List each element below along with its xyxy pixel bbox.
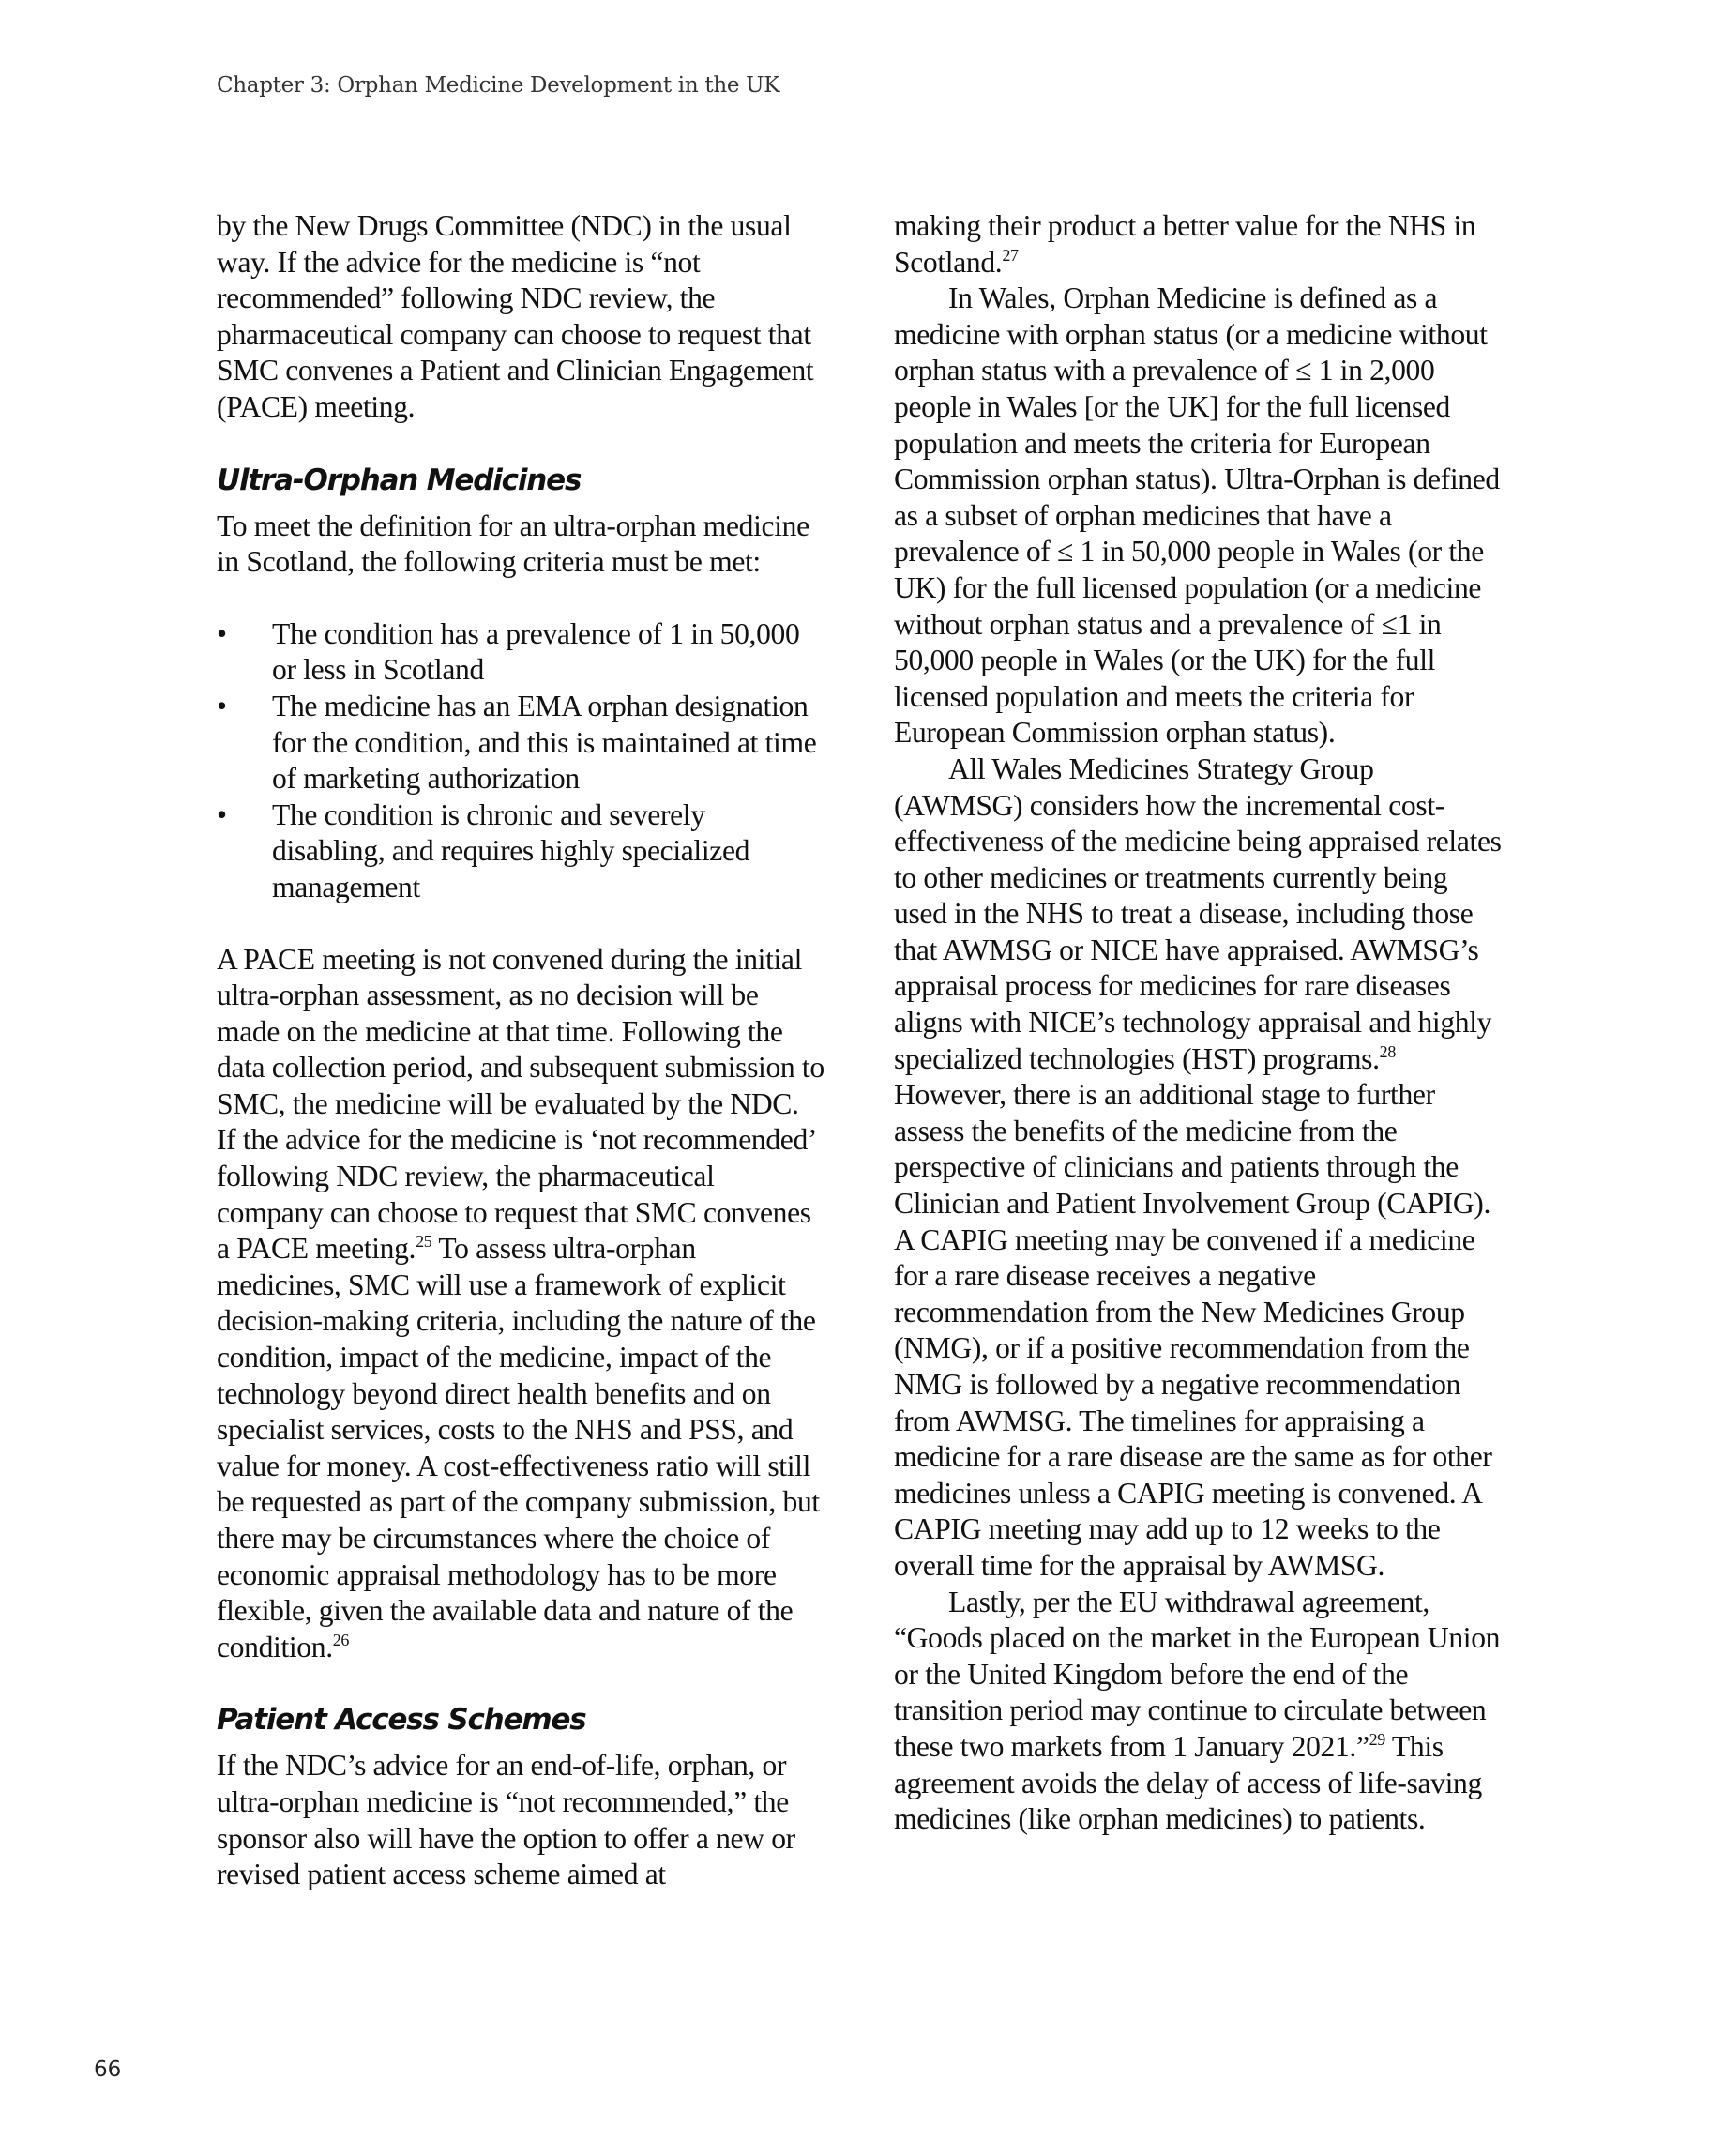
- eu-withdrawal-paragraph: Lastly, per the EU withdrawal agreement,…: [894, 1585, 1502, 1838]
- list-item: • The medicine has an EMA orphan designa…: [217, 689, 824, 797]
- wales-definition-paragraph: In Wales, Orphan Medicine is defined as …: [894, 281, 1502, 752]
- pace-paragraph: A PACE meeting is not convened during th…: [217, 942, 824, 1666]
- bullet-icon: •: [217, 689, 227, 725]
- pace-text-2: To assess ultra-orphan medicines, SMC wi…: [217, 1232, 820, 1663]
- footnote-ref-26[interactable]: 26: [333, 1631, 349, 1649]
- awmsg-paragraph: All Wales Medicines Strategy Group (AWMS…: [894, 752, 1502, 1585]
- list-item: • The condition is chronic and severely …: [217, 797, 824, 906]
- page-number: 66: [94, 2057, 121, 2082]
- patient-access-paragraph: If the NDC’s advice for an end-of-life, …: [217, 1748, 824, 1892]
- footnote-ref-29[interactable]: 29: [1369, 1730, 1385, 1749]
- awmsg-text-2: However, there is an additional stage to…: [894, 1078, 1492, 1582]
- criterion-text: The condition has a prevalence of 1 in 5…: [272, 617, 799, 687]
- criterion-text: The condition is chronic and severely di…: [272, 798, 749, 903]
- footnote-ref-28[interactable]: 28: [1380, 1042, 1396, 1061]
- bullet-icon: •: [217, 616, 227, 653]
- footnote-ref-25[interactable]: 25: [416, 1232, 431, 1251]
- left-column: by the New Drugs Committee (NDC) in the …: [217, 208, 824, 1893]
- continuation-paragraph: making their product a better value for …: [894, 208, 1502, 281]
- bullet-icon: •: [217, 797, 227, 834]
- footnote-ref-27[interactable]: 27: [1002, 246, 1018, 265]
- section-heading-ultra-orphan: Ultra-Orphan Medicines: [217, 462, 824, 499]
- intro-paragraph: by the New Drugs Committee (NDC) in the …: [217, 208, 824, 426]
- awmsg-text-1: All Wales Medicines Strategy Group (AWMS…: [894, 752, 1502, 1075]
- criterion-text: The medicine has an EMA orphan designati…: [272, 690, 816, 795]
- list-item: • The condition has a prevalence of 1 in…: [217, 616, 824, 689]
- right-column: making their product a better value for …: [894, 208, 1502, 1838]
- ultra-orphan-intro: To meet the definition for an ultra-orph…: [217, 509, 824, 581]
- pace-text-1: A PACE meeting is not convened during th…: [217, 943, 824, 1266]
- section-heading-patient-access: Patient Access Schemes: [217, 1701, 824, 1738]
- running-header: Chapter 3: Orphan Medicine Development i…: [217, 73, 779, 98]
- continuation-text: making their product a better value for …: [894, 209, 1475, 279]
- criteria-list: • The condition has a prevalence of 1 in…: [217, 616, 824, 906]
